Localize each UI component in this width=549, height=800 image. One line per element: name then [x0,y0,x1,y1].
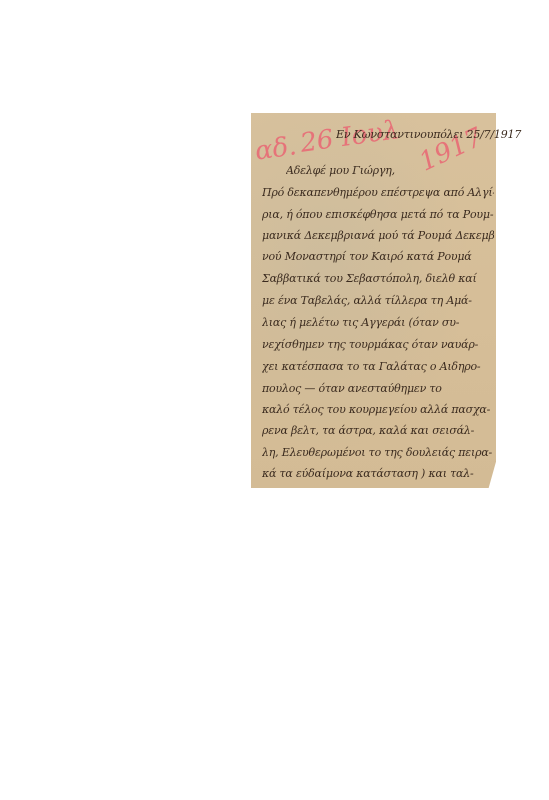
letter-line: μανικά Δεκεμβριανά μού τά Ρουμά Δεκεμβρι… [262,229,494,242]
letter-line: Σαββατικά του Σεβαστόπολη, διελθ καί [262,272,494,285]
letter-line: χει κατέσπασα το τα Γαλάτας ο Αιδηρο- [262,360,494,373]
letter-line: καλό τέλος του κουρμεγείου αλλά πασχα- [262,403,494,416]
letter-line: νεχίσθημεν της τουρμάκας όταν ναυάρ- [262,338,494,351]
letter-line: νού Μοναστηρί τον Καιρό κατά Ρουμά [262,250,494,263]
letter-line: κά τα εύδαίμονα κατάσταση ) και ταλ- [262,467,494,480]
letter-line: πουλος — όταν ανεσταύθημεν το [262,382,494,395]
letter-line: λη, Ελευθερωμένοι το της δουλειάς πειρα- [262,446,494,459]
salutation: Αδελφέ μου Γιώργη, [286,164,518,177]
letter-line: λιας ή μελέτω τις Αγγεράι (όταν συ- [262,316,494,329]
letter-line: ρια, ή όπου επισκέφθησα μετά πό τα Ρουμ- [262,208,494,221]
letter-line: με ένα Ταβελάς, αλλά τίλλερα τη Αμά- [262,294,494,307]
letter-header: Εν Κωνσταντινουπόλει 25/7/1917 [336,128,549,141]
red-annotation-ad: αδ. [253,131,298,166]
letter-line: Πρό δεκαπενθημέρου επέστρεψα από Αλγί- [262,186,494,199]
letter-line: ρενα βελτ, τα άστρα, καλά και σεισάλ- [262,424,494,437]
